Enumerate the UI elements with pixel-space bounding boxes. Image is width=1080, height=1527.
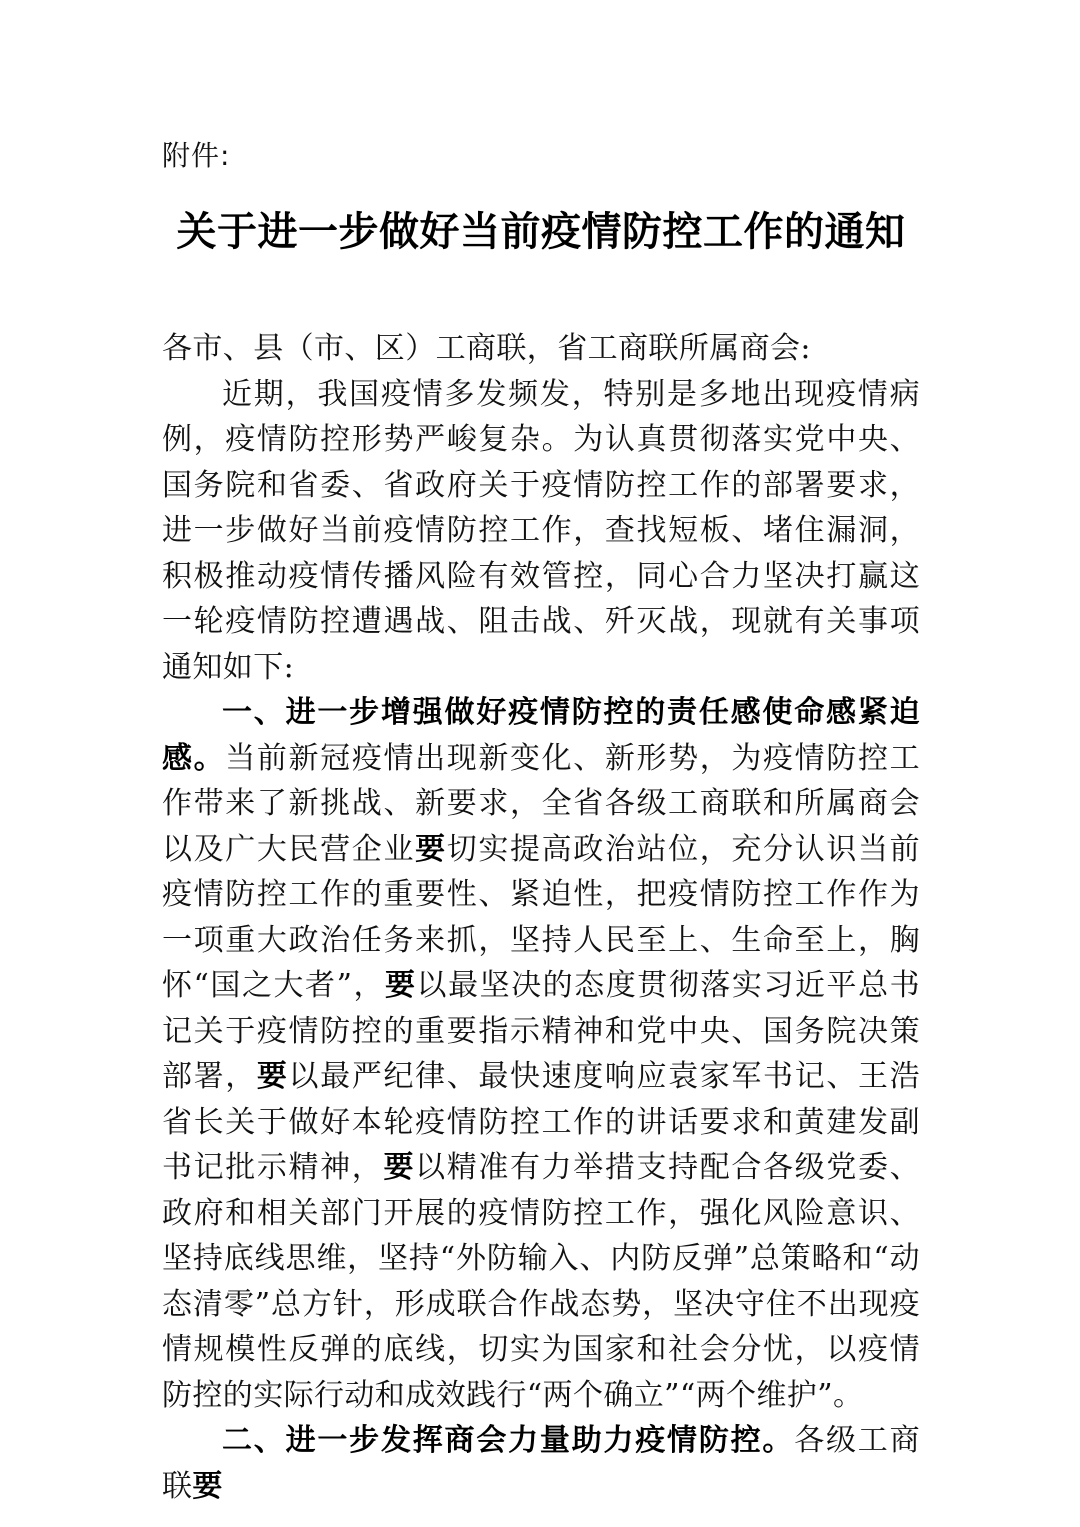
- paragraph-container: 近期，我国疫情多发频发，特别是多地出现疫情病例，疫情防控形势严峻复杂。为认真贯彻…: [162, 372, 920, 1510]
- document-content: 附件: 关于进一步做好当前疫情防控工作的通知 各市、县（市、区）工商联，省工商联…: [162, 136, 920, 1509]
- salutation-line: 各市、县（市、区）工商联，省工商联所属商会:: [162, 326, 920, 372]
- paragraph: 近期，我国疫情多发频发，特别是多地出现疫情病例，疫情防控形势严峻复杂。为认真贯彻…: [162, 372, 920, 691]
- text-run: 近期，我国疫情多发频发，特别是多地出现疫情病例，疫情防控形势严峻复杂。为认真贯彻…: [162, 377, 920, 685]
- emphasized-text-run: 要: [385, 968, 417, 1003]
- emphasized-text-run: 要: [257, 1059, 289, 1094]
- document-body: 各市、县（市、区）工商联，省工商联所属商会: 近期，我国疫情多发频发，特别是多地…: [162, 326, 920, 1509]
- emphasized-text-run: 要: [192, 1469, 222, 1504]
- emphasized-text-run: 二、进一步发挥商会力量助力疫情防控。: [222, 1423, 794, 1458]
- attachment-label: 附件:: [162, 136, 920, 176]
- text-run: 以精准有力举措支持配合各级党委、政府和相关部门开展的疫情防控工作，强化风险意识、…: [162, 1150, 920, 1413]
- emphasized-text-run: 要: [383, 1150, 415, 1185]
- paragraph: 二、进一步发挥商会力量助力疫情防控。各级工商联要: [162, 1418, 920, 1509]
- document-title: 关于进一步做好当前疫情防控工作的通知: [162, 204, 920, 260]
- document-page: 附件: 关于进一步做好当前疫情防控工作的通知 各市、县（市、区）工商联，省工商联…: [0, 0, 1080, 1527]
- emphasized-text-run: 要: [415, 832, 447, 867]
- paragraph: 一、进一步增强做好疫情防控的责任感使命感紧迫感。当前新冠疫情出现新变化、新形势，…: [162, 690, 920, 1418]
